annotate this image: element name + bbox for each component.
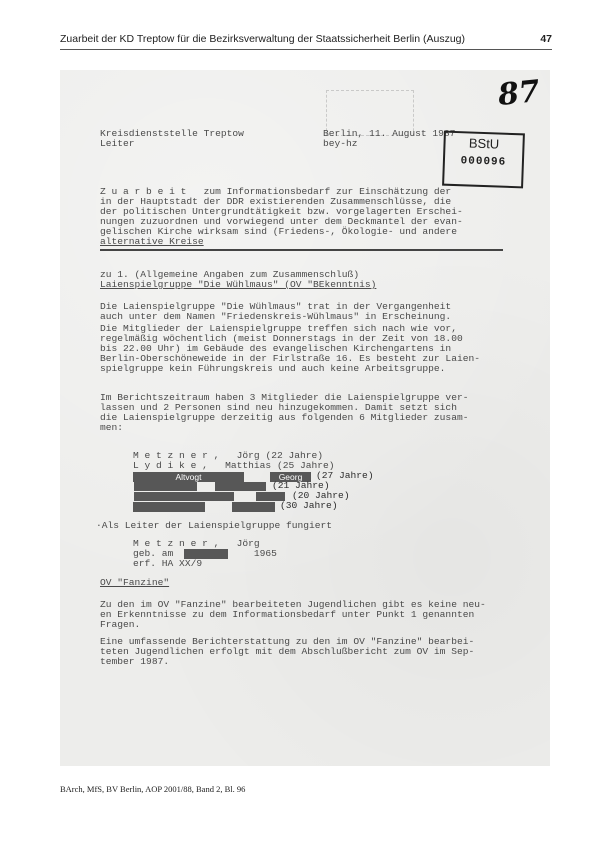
paragraph-line: Fragen. <box>100 620 140 630</box>
subject-line: alternative Kreise <box>100 237 204 247</box>
paragraph-line: die Laienspielgruppe derzeitig aus folge… <box>100 413 468 423</box>
sender-line-2: Leiter <box>100 139 135 149</box>
scanned-document: 87 Kreisdienststelle Treptow Leiter Berl… <box>60 70 550 766</box>
redaction-surname-6 <box>133 502 205 512</box>
member-2: L y d i k e , Matthias (25 Jahre) <box>133 461 335 471</box>
redaction-firstname-4 <box>215 482 266 491</box>
running-head-title: Zuarbeit der KD Treptow für die Bezirksv… <box>60 33 465 45</box>
section2-heading: OV "Fanzine" <box>100 578 169 588</box>
stamp-number: 000096 <box>445 155 522 170</box>
leader-intro: ·Als Leiter der Laienspielgruppe fungier… <box>96 521 332 531</box>
page-number: 47 <box>540 33 552 45</box>
source-citation: BArch, MfS, BV Berlin, AOP 2001/88, Band… <box>60 784 245 794</box>
redaction-surname-3: Altvogt <box>133 472 244 482</box>
handwritten-folio-number: 87 <box>497 74 542 113</box>
running-head: Zuarbeit der KD Treptow für die Bezirksv… <box>60 31 552 50</box>
member-6-age: (30 Jahre) <box>280 501 338 511</box>
paragraph-line: auch unter dem Namen "Friedenskreis-Wühl… <box>100 312 451 322</box>
bstu-stamp: BStU 000096 <box>442 131 525 189</box>
subject-underline <box>100 249 503 251</box>
leader-registered: erf. HA XX/9 <box>133 559 202 569</box>
paragraph-line: men: <box>100 423 123 433</box>
redaction-firstname-6 <box>232 502 275 512</box>
stamp-label: BStU <box>445 135 522 153</box>
section1-subheading: Laienspielgruppe "Die Wühlmaus" (OV "BEk… <box>100 280 376 290</box>
paragraph-line: tember 1987. <box>100 657 169 667</box>
redaction-surname-5 <box>134 492 234 501</box>
paragraph-line: en Erkenntnisse zu dem Informationsbedar… <box>100 610 474 620</box>
paragraph-line: spielgruppe kein Führungskreis und auch … <box>100 364 445 374</box>
reference-code: bey-hz <box>323 139 358 149</box>
redaction-surname-4 <box>134 482 197 491</box>
